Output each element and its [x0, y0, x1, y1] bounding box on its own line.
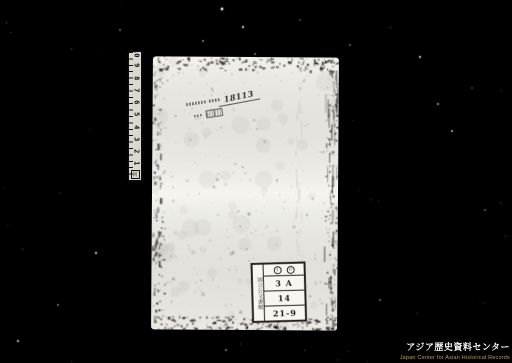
- ruler-end-box-icon: 回: [131, 170, 140, 179]
- ruler-number: 9: [131, 63, 141, 67]
- circled-mark-icon: イ: [273, 266, 281, 274]
- archive-call-number-label: 国立公文書館 イ ロ 3 A 14 21-9: [250, 261, 307, 323]
- ruler-number: 1: [131, 162, 141, 166]
- ruler-number: 5: [131, 112, 141, 116]
- watermark-jp: アジア歴史資料センター: [400, 344, 510, 354]
- document-cover: 18113 国立公文書館 イ ロ 3 A: [151, 56, 339, 330]
- call-number-value: 3 A: [264, 278, 304, 289]
- call-number-value: 14: [264, 293, 304, 304]
- ruler-number: 3: [131, 137, 141, 141]
- call-number-row: 21-9: [265, 306, 305, 321]
- call-number-grid: イ ロ 3 A 14 21-9: [264, 264, 306, 321]
- ruler-number: 10: [131, 52, 141, 57]
- stamp-illegible-marks: [186, 100, 206, 106]
- circled-mark-icon: ロ: [286, 265, 294, 273]
- call-number-value: 21-9: [265, 308, 305, 319]
- jacar-watermark: アジア歴史資料センター Japan Center for Asian Histo…: [400, 344, 510, 361]
- ruler-number: 8: [131, 76, 141, 80]
- call-number-row: 3 A: [264, 276, 304, 292]
- watermark-en: Japan Center for Asian Historical Record…: [400, 355, 510, 361]
- label-circle-marks-row: イ ロ: [264, 264, 304, 277]
- ruler-number: 7: [131, 88, 141, 92]
- ruler-number: 2: [131, 149, 141, 153]
- ruler-number: 4: [131, 125, 141, 129]
- stamp-illegible-marks: [209, 98, 221, 103]
- ruler-numbers: 10987654321: [129, 52, 141, 169]
- call-number-row: 14: [264, 291, 304, 307]
- ruler-number: 6: [131, 100, 141, 104]
- stamp-box-cell: [214, 109, 222, 116]
- archival-scan-stage: 10987654321 回 18113 国立公文書館: [0, 0, 512, 363]
- stamp-illegible-marks: [194, 114, 203, 118]
- scale-ruler: 10987654321 回: [129, 52, 141, 180]
